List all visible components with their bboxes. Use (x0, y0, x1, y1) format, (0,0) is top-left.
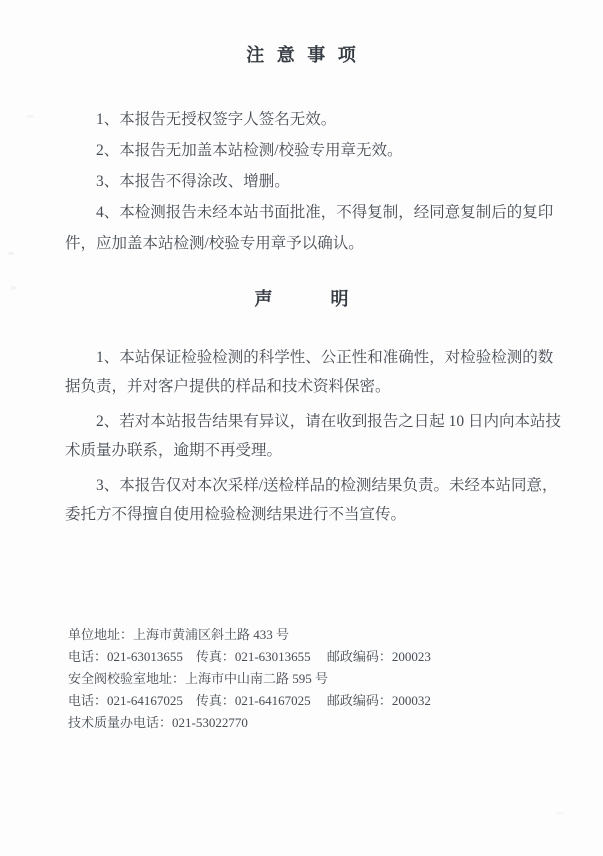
footer-quality-office-phone-line: 技术质量办电话：021-53022770 (68, 712, 603, 734)
footer-phone-fax-zip-line-2: 电话：021-64167025 传真：021-64167025 邮政编码：200… (68, 690, 603, 712)
declaration-item-2: 2、若对本站报告结果有异议，请在收到报告之日起 10 日内向本站技 术质量办联系… (65, 407, 553, 465)
declaration-title: 声 明 (0, 286, 603, 312)
declaration-item-2-line-1: 2、若对本站报告结果有异议，请在收到报告之日起 10 日内向本站技 (65, 407, 553, 436)
notice-item-4-line-1: 4、本检测报告未经本站书面批准，不得复制，经同意复制后的复印 (65, 197, 553, 228)
footer-address-line: 单位地址：上海市黄浦区斜土路 433 号 (68, 624, 603, 646)
declaration-item-3: 3、本报告仅对本次采样/送检样品的检测结果负责。未经本站同意， 委托方不得擅自使… (65, 471, 553, 529)
declaration-list: 1、本站保证检验检测的科学性、公正性和准确性，对检验检测的数 据负责，并对客户提… (65, 343, 553, 529)
declaration-item-3-line-2: 委托方不得擅自使用检验检测结果进行不当宣传。 (65, 500, 553, 529)
scan-artifact (26, 115, 35, 118)
declaration-item-1-line-2: 据负责，并对客户提供的样品和技术资料保密。 (65, 372, 553, 401)
declaration-item-1-line-1: 1、本站保证检验检测的科学性、公正性和准确性，对检验检测的数 (65, 343, 553, 372)
notice-item-4-line-2: 件，应加盖本站检测/校验专用章予以确认。 (65, 228, 553, 259)
notice-item-1: 1、本报告无授权签字人签名无效。 (65, 104, 553, 135)
notice-title: 注 意 事 项 (0, 42, 603, 68)
footer-valve-lab-address-line: 安全阀校验室地址：上海市中山南二路 595 号 (68, 668, 603, 690)
contact-footer: 单位地址：上海市黄浦区斜土路 433 号 电话：021-63013655 传真：… (68, 624, 603, 734)
notice-item-3: 3、本报告不得涂改、增删。 (65, 166, 553, 197)
scan-artifact (555, 812, 564, 815)
notice-item-2: 2、本报告无加盖本站检测/校验专用章无效。 (65, 135, 553, 166)
scan-artifact (8, 252, 14, 255)
declaration-title-char-2: 明 (331, 286, 349, 312)
notice-list: 1、本报告无授权签字人签名无效。 2、本报告无加盖本站检测/校验专用章无效。 3… (65, 104, 553, 259)
declaration-title-char-1: 声 (255, 286, 273, 312)
footer-phone-fax-zip-line-1: 电话：021-63013655 传真：021-63013655 邮政编码：200… (68, 646, 603, 668)
declaration-item-2-line-2: 术质量办联系，逾期不再受理。 (65, 436, 553, 465)
declaration-item-3-line-1: 3、本报告仅对本次采样/送检样品的检测结果负责。未经本站同意， (65, 471, 553, 500)
declaration-item-1: 1、本站保证检验检测的科学性、公正性和准确性，对检验检测的数 据负责，并对客户提… (65, 343, 553, 401)
scanned-report-notice-page: 注 意 事 项 1、本报告无授权签字人签名无效。 2、本报告无加盖本站检测/校验… (0, 0, 603, 856)
